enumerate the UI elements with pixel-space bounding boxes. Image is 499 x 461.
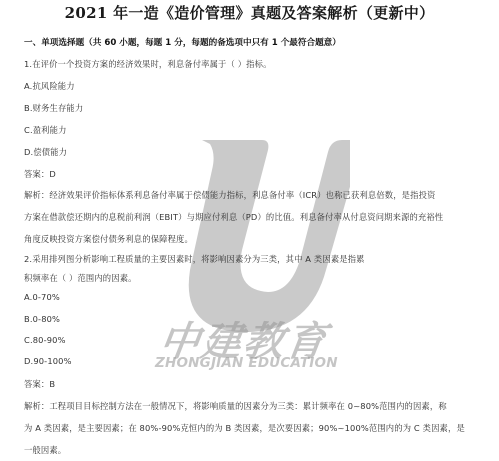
question-2-stem-line-1: 2.采用排列图分析影响工程质量的主要因素时，将影响因素分为三类，其中 A 类因素… — [24, 253, 365, 265]
question-1-option-a: A.抗风险能力 — [24, 80, 75, 92]
question-2-stem-line-2: 积频率在（ ）范围内的因素。 — [24, 272, 137, 284]
question-1-analysis-line-1: 解析：经济效果评价指标体系利息备付率属于偿债能力指标，利息备付率（ICR）也称已… — [24, 189, 435, 201]
document-content: 2021 年一造《造价管理》真题及答案解析（更新中） 一、单项选择题（共 60 … — [0, 0, 499, 461]
question-1-option-d: D.偿债能力 — [24, 146, 67, 158]
question-1-analysis-line-2: 方案在借款偿还期内的息税前利润（EBIT）与期应付利息（PD）的比值。利息备付率… — [24, 211, 443, 223]
question-2-analysis-line-1: 解析：工程项目目标控制方法在一般情况下，将影响质量的因素分为三类：累计频率在 0… — [24, 400, 447, 412]
question-1-option-c: C.盈利能力 — [24, 124, 67, 136]
question-1-analysis-line-3: 角度反映投资方案偿付债务利息的保障程度。 — [24, 233, 193, 245]
question-2-option-a: A.0-70% — [24, 292, 60, 302]
page-title: 2021 年一造《造价管理》真题及答案解析（更新中） — [0, 2, 499, 23]
section-heading: 一、单项选择题（共 60 小题，每题 1 分，每题的备选项中只有 1 个最符合题… — [24, 36, 341, 48]
question-2-option-b: B.0-80% — [24, 314, 60, 324]
question-1-option-b: B.财务生存能力 — [24, 102, 83, 114]
question-2-analysis-line-3: 一般因素。 — [24, 444, 66, 456]
question-1-stem: 1.在评价一个投资方案的经济效果时，利息备付率属于（ ）指标。 — [24, 58, 272, 70]
question-2-option-c: C.80-90% — [24, 335, 66, 345]
document-page: 中建教育 ZHONGJIAN EDUCATION 2021 年一造《造价管理》真… — [0, 0, 499, 461]
question-2-answer: 答案：B — [24, 378, 55, 390]
question-1-answer: 答案：D — [24, 168, 56, 180]
question-2-option-d: D.90-100% — [24, 356, 72, 366]
question-2-analysis-line-2: 为 A 类因素，是主要因素；在 80%-90%克恒内的为 B 类因素，是次要因素… — [24, 422, 465, 434]
